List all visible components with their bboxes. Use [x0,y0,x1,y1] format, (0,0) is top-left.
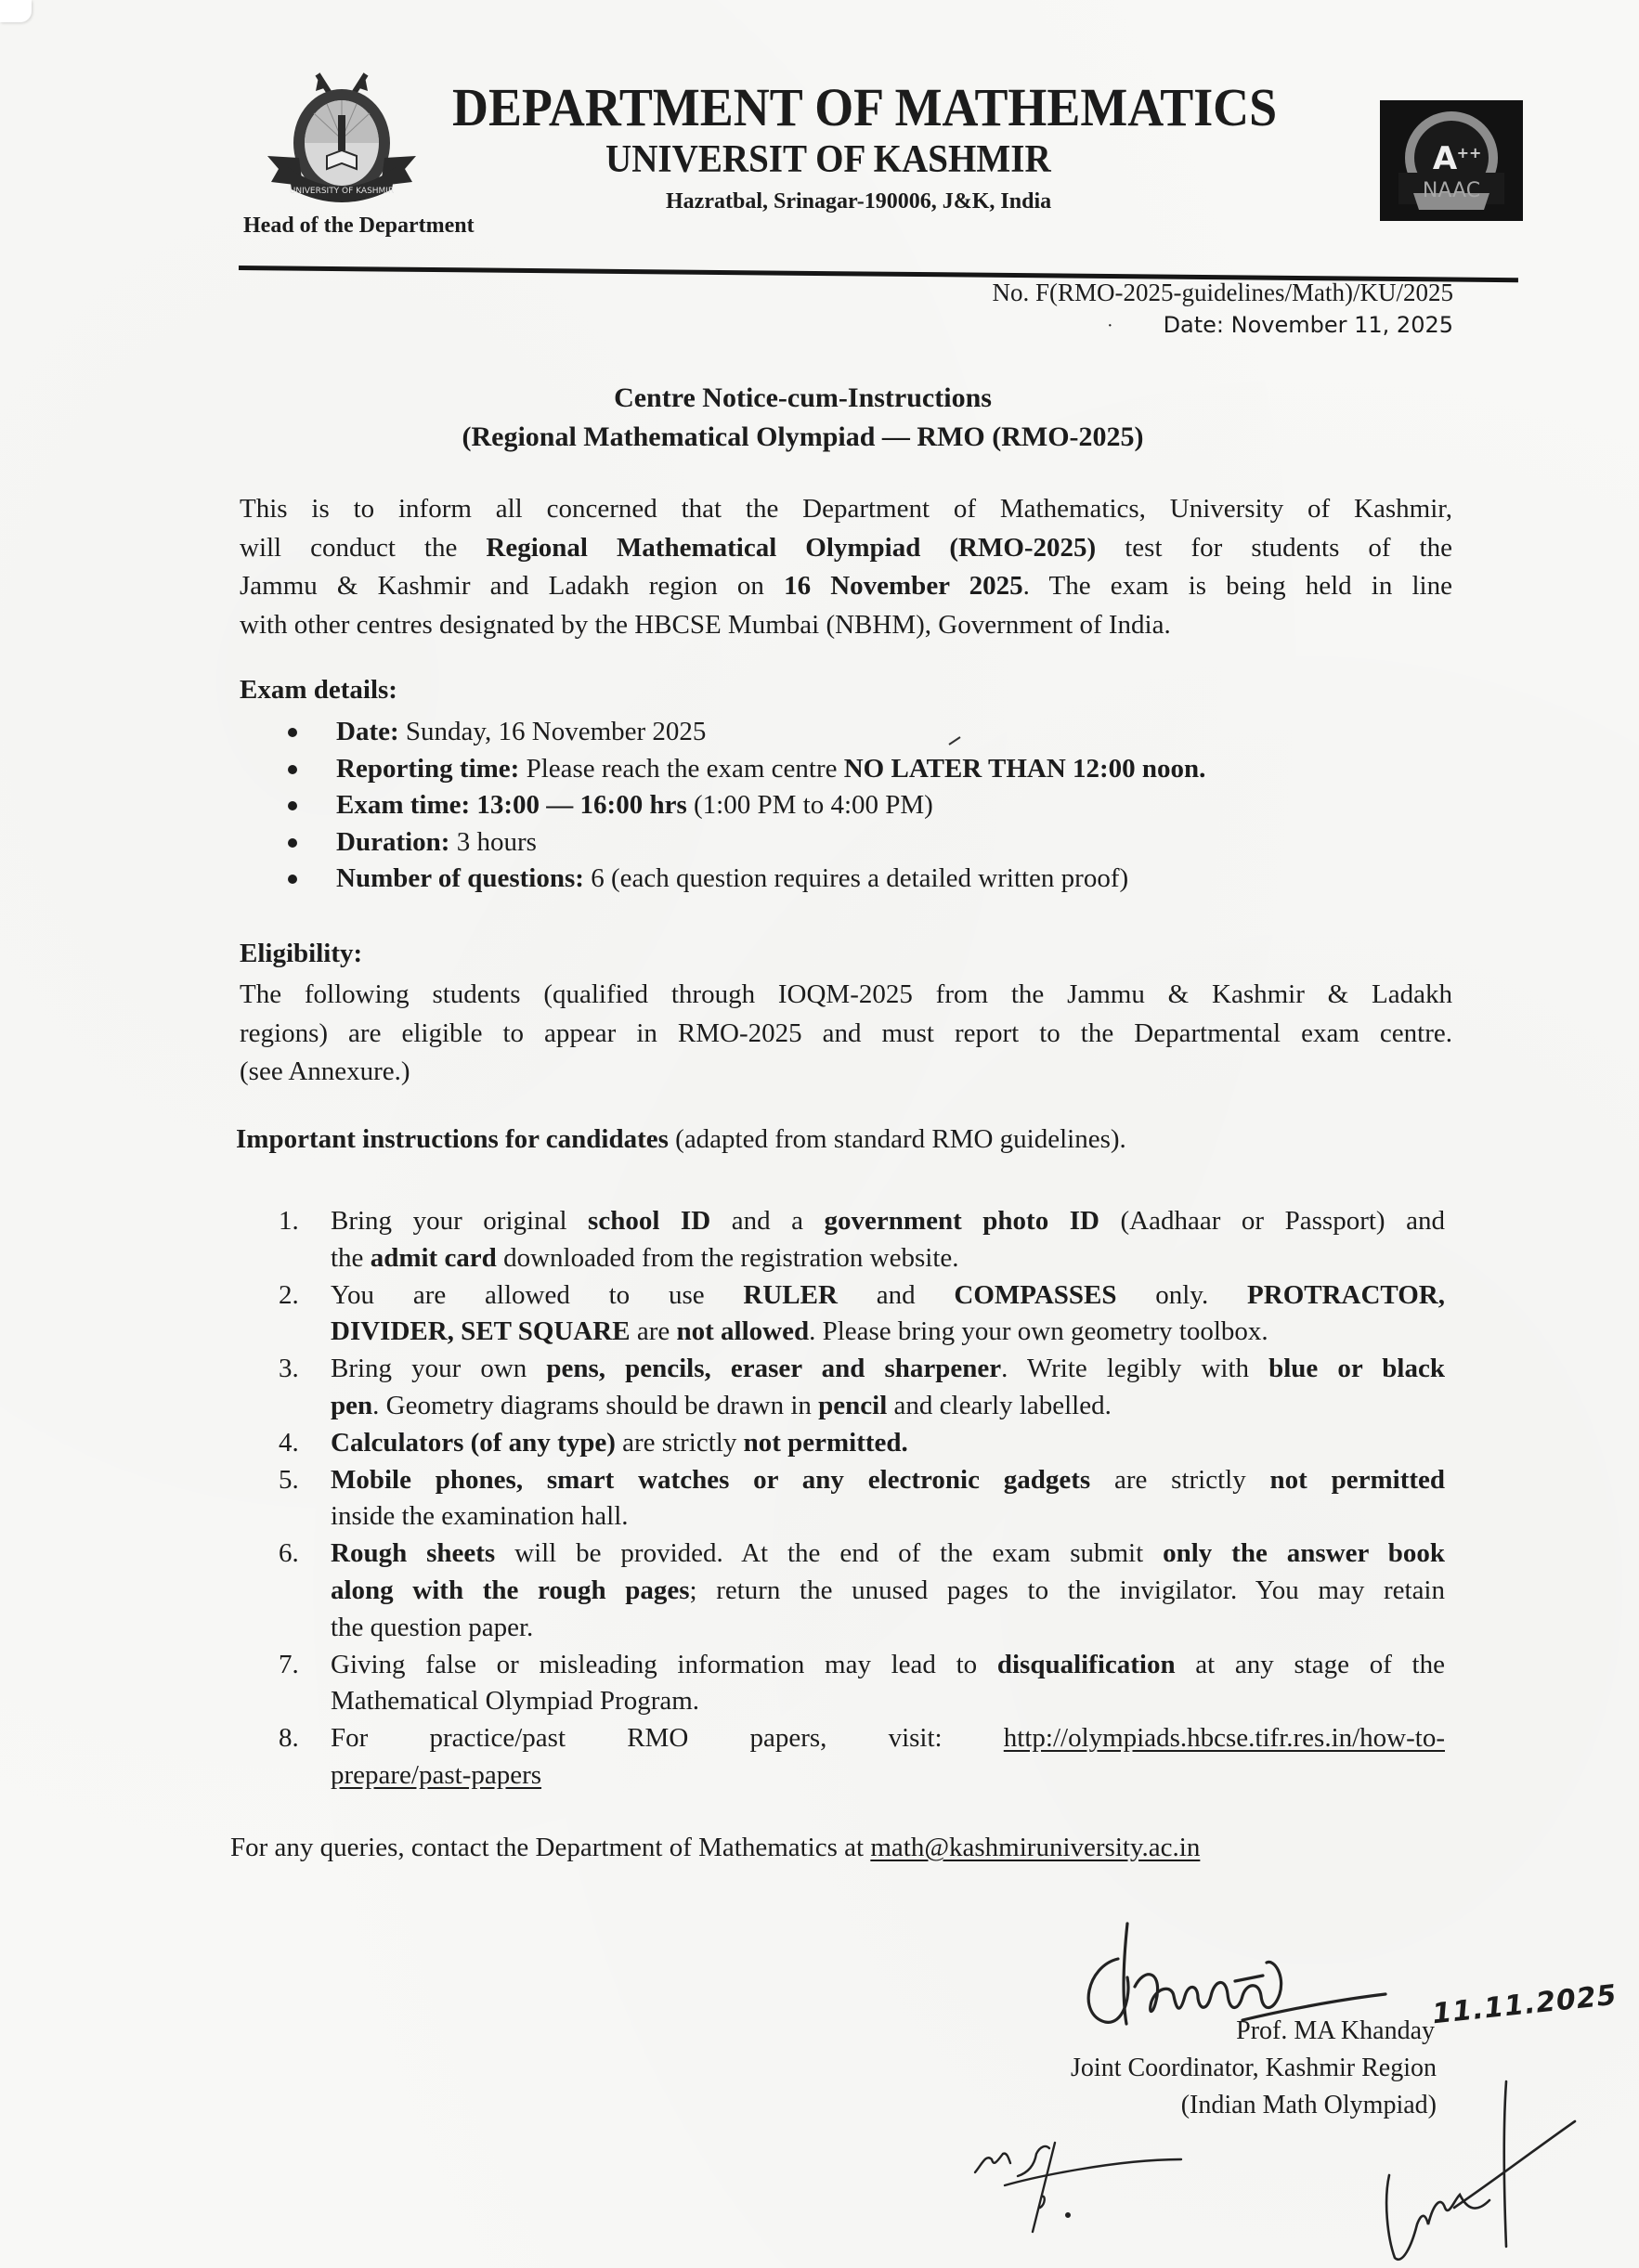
paragraph-line: The following students (qualified throug… [240,976,1452,1015]
bullet-icon [288,875,297,884]
url-link[interactable]: prepare/past-papers [331,1760,541,1790]
text: Jammu & Kashmir and Ladakh region on [240,571,784,601]
text: downloaded from the registration website… [497,1243,959,1273]
text: This is to inform all concerned that the… [240,494,1452,524]
svg-text:++: ++ [1457,144,1482,162]
bold-text: 16 November 2025 [784,571,1023,601]
text: (1:00 PM to 4:00 PM) [687,790,933,820]
text: You are allowed to use [331,1280,743,1310]
text: only. [1117,1280,1248,1310]
bold-text: Mobile phones, smart watches or any elec… [331,1465,1090,1495]
text: Mathematical Olympiad Program. [331,1686,699,1716]
naac-seal-icon: A ++ NAAC [1380,100,1523,221]
bold-text: pen [331,1391,372,1420]
text: are strictly [1090,1465,1269,1495]
bold-text: school ID [588,1206,710,1236]
paragraph-line: with other centres designated by the HBC… [240,606,1452,645]
text: ; return the unused pages to the invigil… [690,1575,1445,1605]
bold-text: Calculators (of any type) [331,1428,616,1458]
bullet-icon [288,728,297,737]
page-corner [0,0,32,22]
exam-details-list: Date: Sunday, 16 November 2025Reporting … [240,714,1205,898]
bold-text: Duration: [336,827,449,857]
item-number: 1. [279,1203,299,1240]
instruction-line: inside the examination hall. [331,1498,1445,1536]
office-label: Head of the Department [243,214,475,239]
bold-text: disqualification [997,1650,1176,1679]
text: test for students of the [1096,533,1452,563]
university-address: Hazratbal, Srinagar-190006, J&K, India [666,189,1051,214]
text: and clearly labelled. [887,1391,1112,1420]
bold-text: pens, pencils, eraser and sharpener [546,1354,1001,1383]
text: will conduct the [240,533,486,563]
text: will be provided. At the end of the exam… [495,1538,1163,1568]
university-emblem-icon: UNIVERSITY OF KASHMIR [262,67,422,204]
text: Giving false or misleading information m… [331,1650,997,1679]
bold-text: Regional Mathematical Olympiad (RMO-2025… [486,533,1096,563]
text: For practice/past RMO papers, visit: [331,1723,1004,1753]
text: at any stage of the [1176,1650,1445,1679]
bold-text: Rough sheets [331,1538,495,1568]
instruction-item: 2.You are allowed to use RULER and COMPA… [269,1277,1445,1352]
instruction-line: Mobile phones, smart watches or any elec… [331,1462,1445,1499]
instruction-line: DIVIDER, SET SQUARE are not allowed. Ple… [331,1314,1445,1351]
signatory-name: Prof. MA Khanday [1236,2016,1435,2046]
instruction-line: prepare/past-papers [331,1757,1445,1795]
department-title: DEPARTMENT OF MATHEMATICS [452,76,1277,138]
instructions-heading: Important instructions for candidates (a… [236,1124,1126,1155]
bold-text: DIVIDER, SET SQUARE [331,1316,631,1346]
text: Please reach the exam centre [519,754,843,784]
text: . Write legibly with [1001,1354,1268,1383]
exam-detail-item: Number of questions: 6 (each question re… [240,861,1205,898]
instruction-item: 7.Giving false or misleading information… [269,1647,1445,1721]
instruction-line: along with the rough pages; return the u… [331,1573,1445,1610]
exam-details-heading: Exam details: [240,675,397,706]
instruction-item: 5.Mobile phones, smart watches or any el… [269,1462,1445,1536]
bold-text: government photo ID [825,1206,1099,1236]
item-number: 7. [279,1647,299,1684]
text: Bring your original [331,1206,588,1236]
contact-email-link[interactable]: math@kashmiruniversity.ac.in [870,1833,1200,1862]
instruction-item: 1.Bring your original school ID and a go… [269,1203,1445,1277]
text: . The exam is being held in line [1023,571,1452,601]
bold-text: not allowed [677,1316,810,1346]
bold-text: Important instructions for candidates [236,1124,669,1154]
signatory-title: Joint Coordinator, Kashmir Region [1071,2054,1437,2083]
text: and [838,1280,954,1310]
paragraph-line: (see Annexure.) [240,1053,1452,1092]
instruction-item: 8.For practice/past RMO papers, visit: h… [269,1720,1445,1795]
instruction-line: the question paper. [331,1610,1445,1647]
text: are [631,1316,677,1346]
instruction-line: Bring your own pens, pencils, eraser and… [331,1351,1445,1388]
signatory-organisation: (Indian Math Olympiad) [1181,2091,1437,2120]
text: (adapted from standard RMO guidelines). [669,1124,1126,1154]
bold-text: pencil [818,1391,887,1420]
eligibility-heading: Eligibility: [240,939,362,969]
item-number: 3. [279,1351,299,1388]
text: with other centres designated by the HBC… [240,610,1171,640]
svg-text:A: A [1433,140,1458,177]
paragraph-line: will conduct the Regional Mathematical O… [240,529,1452,568]
text: inside the examination hall. [331,1501,629,1531]
text: 6 (each question requires a detailed wri… [584,863,1128,893]
text: Bring your own [331,1354,546,1383]
bold-text: PROTRACTOR, [1247,1280,1445,1310]
item-number: 5. [279,1462,299,1499]
bold-text: Exam time: 13:00 — 16:00 hrs [336,790,687,820]
bold-text: Number of questions: [336,863,584,893]
text: are strictly [616,1428,744,1458]
instruction-line: Calculators (of any type) are strictly n… [331,1425,1445,1462]
text: . Geometry diagrams should be drawn in [372,1391,818,1420]
svg-text:NAAC: NAAC [1423,179,1480,202]
naac-badge: A ++ NAAC [1380,100,1523,221]
bullet-icon [288,801,297,810]
text: the [331,1243,371,1273]
instruction-item: 4.Calculators (of any type) are strictly… [269,1425,1445,1462]
text: (Aadhaar or Passport) and [1099,1206,1445,1236]
bold-text: blue or black [1268,1354,1445,1383]
notice-title: Centre Notice-cum-Instructions [0,382,1622,414]
instruction-line: the admit card downloaded from the regis… [331,1240,1445,1277]
bold-text: not permitted [1270,1465,1445,1495]
exam-detail-item: Exam time: 13:00 — 16:00 hrs (1:00 PM to… [240,787,1205,824]
instruction-line: For practice/past RMO papers, visit: htt… [331,1720,1445,1757]
text: 3 hours [449,827,536,857]
instruction-item: 6.Rough sheets will be provided. At the … [269,1536,1445,1646]
bold-text: admit card [371,1243,497,1273]
bold-text: only the answer book [1163,1538,1445,1568]
reference-number: No. F(RMO-2025-guidelines/Math)/KU/2025 [993,279,1453,307]
bold-text: not permitted. [744,1428,908,1458]
intro-paragraph: This is to inform all concerned that the… [240,490,1452,644]
notice-date: Date: November 11, 2025 [1164,312,1453,338]
bullet-icon [288,765,297,774]
instruction-line: Rough sheets will be provided. At the en… [331,1536,1445,1573]
item-number: 2. [279,1277,299,1315]
exam-detail-item: Duration: 3 hours [240,824,1205,862]
paragraph-line: Jammu & Kashmir and Ladakh region on 16 … [240,567,1452,606]
bold-text: COMPASSES [954,1280,1116,1310]
bold-text: along with the rough pages [331,1575,690,1605]
text: the question paper. [331,1613,533,1642]
bold-text: Date: [336,717,399,746]
bold-text: RULER [743,1280,838,1310]
instruction-line: Bring your original school ID and a gove… [331,1203,1445,1240]
instructions-list: 1.Bring your original school ID and a go… [269,1203,1445,1795]
exam-detail-item: Date: Sunday, 16 November 2025 [240,714,1205,751]
text: . Please bring your own geometry toolbox… [809,1316,1268,1346]
eligibility-paragraph: The following students (qualified throug… [240,976,1452,1092]
instruction-line: Giving false or misleading information m… [331,1647,1445,1684]
paragraph-line: This is to inform all concerned that the… [240,490,1452,529]
bold-text: NO LATER THAN 12:00 noon. [844,754,1206,784]
bullet-icon [288,838,297,848]
text: and a [710,1206,824,1236]
text: Sunday, 16 November 2025 [399,717,707,746]
item-number: 4. [279,1425,299,1462]
contact-line: For any queries, contact the Department … [230,1833,1200,1863]
url-link[interactable]: http://olympiads.hbcse.tifr.res.in/how-t… [1004,1723,1445,1753]
stray-dot: · [1107,316,1113,337]
bold-text: Reporting time: [336,754,519,784]
instruction-line: pen. Geometry diagrams should be drawn i… [331,1388,1445,1425]
university-name: UNIVERSIT OF KASHMIR [605,137,1051,182]
svg-text:UNIVERSITY OF KASHMIR: UNIVERSITY OF KASHMIR [290,187,394,196]
contact-text: For any queries, contact the Department … [230,1833,870,1862]
paragraph-line: regions) are eligible to appear in RMO-2… [240,1015,1452,1054]
exam-detail-item: Reporting time: Please reach the exam ce… [240,751,1205,788]
item-number: 8. [279,1720,299,1757]
instruction-item: 3.Bring your own pens, pencils, eraser a… [269,1351,1445,1425]
item-number: 6. [279,1536,299,1573]
notice-subtitle: (Regional Mathematical Olympiad — RMO (R… [0,421,1622,453]
instruction-line: Mathematical Olympiad Program. [331,1683,1445,1720]
instruction-line: You are allowed to use RULER and COMPASS… [331,1277,1445,1315]
